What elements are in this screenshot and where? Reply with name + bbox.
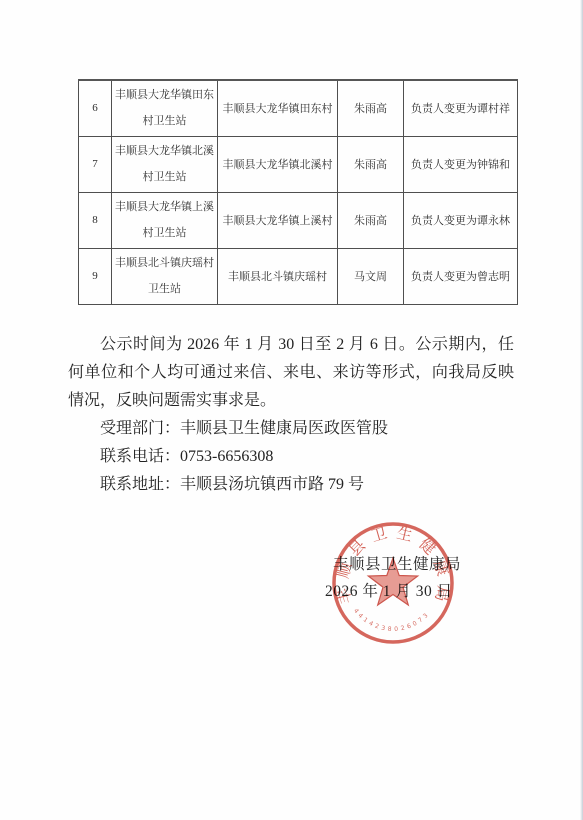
seal-code-glyphs: 4414238026073 bbox=[352, 607, 430, 633]
cell-station-name: 丰顺县北斗镇庆瑶村卫生站 bbox=[112, 248, 218, 304]
phone-line: 联系电话：0753-6656308 bbox=[68, 443, 514, 471]
cell-change: 负责人变更为谭永林 bbox=[404, 192, 518, 248]
table-row: 9 丰顺县北斗镇庆瑶村卫生站 丰顺县北斗镇庆瑶村 马文周 负责人变更为曾志明 bbox=[79, 248, 518, 304]
notice-table: 6 丰顺县大龙华镇田东村卫生站 丰顺县大龙华镇田东村 朱雨高 负责人变更为谭村祥… bbox=[78, 79, 518, 305]
cell-person: 朱雨高 bbox=[338, 192, 404, 248]
cell-person: 马文周 bbox=[338, 248, 404, 304]
cell-person: 朱雨高 bbox=[338, 80, 404, 136]
notice-body: 公示时间为 2026 年 1 月 30 日至 2 月 6 日。公示期内，任何单位… bbox=[68, 331, 514, 499]
address-line: 联系地址：丰顺县汤坑镇西市路 79 号 bbox=[68, 471, 514, 499]
seal-code: 4414238026073 bbox=[352, 607, 430, 633]
cell-station-name: 丰顺县大龙华镇上溪村卫生站 bbox=[112, 192, 218, 248]
document-page: 6 丰顺县大龙华镇田东村卫生站 丰顺县大龙华镇田东村 朱雨高 负责人变更为谭村祥… bbox=[0, 0, 583, 820]
table-row: 6 丰顺县大龙华镇田东村卫生站 丰顺县大龙华镇田东村 朱雨高 负责人变更为谭村祥 bbox=[79, 80, 518, 136]
cell-index: 6 bbox=[79, 80, 112, 136]
cell-change: 负责人变更为曾志明 bbox=[404, 248, 518, 304]
notice-paragraph: 公示时间为 2026 年 1 月 30 日至 2 月 6 日。公示期内，任何单位… bbox=[68, 331, 514, 415]
official-seal: 丰顺县卫生健康局 4414238026073 bbox=[331, 521, 455, 645]
cell-index: 8 bbox=[79, 192, 112, 248]
table-row: 8 丰顺县大龙华镇上溪村卫生站 丰顺县大龙华镇上溪村 朱雨高 负责人变更为谭永林 bbox=[79, 192, 518, 248]
cell-location: 丰顺县北斗镇庆瑶村 bbox=[218, 248, 338, 304]
cell-location: 丰顺县大龙华镇北溪村 bbox=[218, 136, 338, 192]
department-line: 受理部门：丰顺县卫生健康局医政医管股 bbox=[68, 415, 514, 443]
cell-change: 负责人变更为钟锦和 bbox=[404, 136, 518, 192]
cell-index: 9 bbox=[79, 248, 112, 304]
cell-location: 丰顺县大龙华镇上溪村 bbox=[218, 192, 338, 248]
cell-change: 负责人变更为谭村祥 bbox=[404, 80, 518, 136]
seal-star bbox=[368, 558, 417, 605]
cell-location: 丰顺县大龙华镇田东村 bbox=[218, 80, 338, 136]
cell-station-name: 丰顺县大龙华镇北溪村卫生站 bbox=[112, 136, 218, 192]
cell-station-name: 丰顺县大龙华镇田东村卫生站 bbox=[112, 80, 218, 136]
cell-person: 朱雨高 bbox=[338, 136, 404, 192]
table-row: 7 丰顺县大龙华镇北溪村卫生站 丰顺县大龙华镇北溪村 朱雨高 负责人变更为钟锦和 bbox=[79, 136, 518, 192]
cell-index: 7 bbox=[79, 136, 112, 192]
